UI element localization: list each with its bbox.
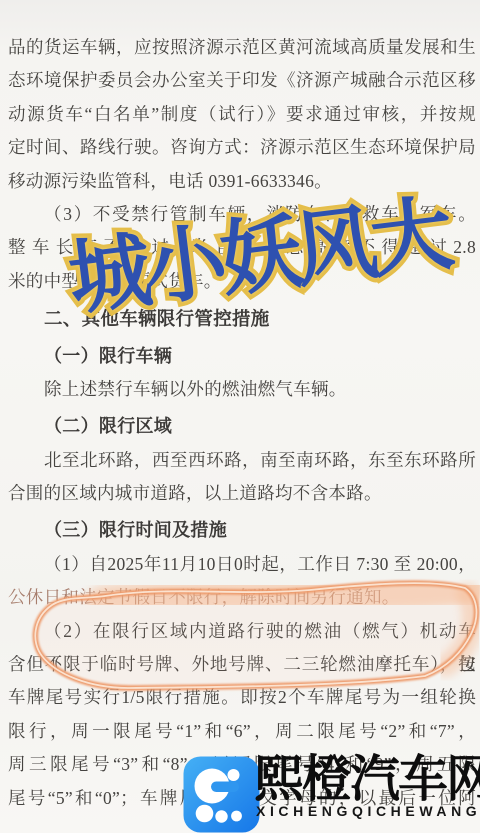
document-line: 定时间、路线行驶。咨询方式：济源示范区生态环境保护局 <box>8 131 476 164</box>
document-line: （2）在限行区域内道路行驶的燃油（燃气）机动车（包 <box>8 615 476 648</box>
document-text: 品的货运车辆，应按照济源示范区黄河流域高质量发展和生态环境保护委员会办公室关于印… <box>8 31 476 815</box>
document-page: 品的货运车辆，应按照济源示范区黄河流域高质量发展和生态环境保护委员会办公室关于印… <box>0 0 480 833</box>
document-line: 品的货运车辆，应按照济源示范区黄河流域高质量发展和生 <box>8 31 476 64</box>
document-line: 车牌尾号实行1/5限行措施。即按2个车牌尾号为一组轮换 <box>8 681 476 714</box>
document-line: （三）限行时间及措施 <box>8 514 476 547</box>
document-line: （二）限行区域 <box>8 410 476 443</box>
document-line: 动源货车“白名单”制度（试行）》要求通过审核，并按规 <box>8 98 476 131</box>
document-line: 公休日和法定节假日不限行，解除时间另行通知。 <box>8 581 476 614</box>
document-line: 合围的区域内城市道路，以上道路均不含本路。 <box>8 477 476 510</box>
document-line: 周三限尾号“3”和“8”，周四限尾号“4”和“9”，周五限 <box>8 748 476 781</box>
document-line: 北至北环路，西至西环路，南至南环路，东至东环路所 <box>8 444 476 477</box>
document-line: 限行，周一限尾号“1”和“6”，周二限尾号“2”和“7”， <box>8 715 476 748</box>
document-line: （1）自2025年11月10日0时起，工作日 7:30 至 20:00， <box>8 548 476 581</box>
document-line: （一）限行车辆 <box>8 340 476 373</box>
document-line: 除上述禁行车辆以外的燃油燃气车辆。 <box>8 373 476 406</box>
document-line: 含但不限于临时号牌、外地号牌、二三轮燃油摩托车），按 <box>8 648 476 681</box>
document-line: 尾号“5”和“0”；车牌尾号为英文字母的，以最后一位阿 <box>8 782 476 815</box>
document-line: 态环境保护委员会办公室关于印发《济源产城融合示范区移 <box>8 64 476 97</box>
